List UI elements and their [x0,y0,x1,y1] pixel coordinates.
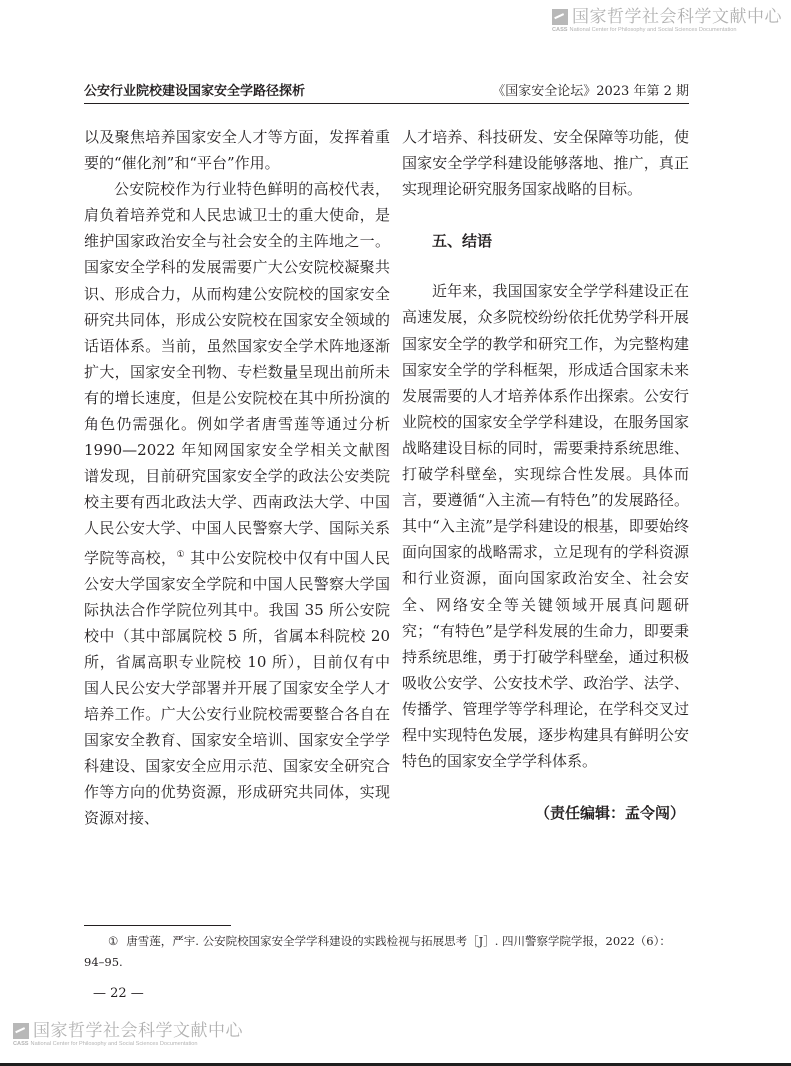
footnote-number: ① [108,934,118,948]
editor-credit: （责任编辑：孟令闯） [402,800,689,826]
cass-logo-icon [552,9,568,25]
paragraph: 以及聚焦培养国家安全人才等方面，发挥着重要的“催化剂”和“平台”作用。 [84,124,390,176]
right-column: 人才培养、科技研发、安全保障等功能，使国家安全学学科建设能够落地、推广，真正实现… [402,124,689,826]
journal-issue: 《国家安全论坛》2023 年第 2 期 [492,80,689,99]
watermark-en-text: CASSNational Center for Philosophy and S… [552,26,782,34]
running-head: 公安行业院校建设国家安全学路径探析 《国家安全论坛》2023 年第 2 期 [84,79,689,104]
paragraph: 人才培养、科技研发、安全保障等功能，使国家安全学学科建设能够落地、推广，真正实现… [402,124,689,202]
watermark-bottom: 国家哲学社会科学文献中心 CASSNational Center for Phi… [13,1022,243,1048]
page-number: — 22 — [93,986,144,1001]
watermark-top: 国家哲学社会科学文献中心 CASSNational Center for Phi… [552,8,782,34]
watermark-en-text: CASSNational Center for Philosophy and S… [13,1040,243,1048]
paragraph: 近年来，我国国家安全学学科建设正在高速发展，众多院校纷纷依托优势学科开展国家安全… [402,278,689,774]
paragraph: 公安院校作为行业特色鲜明的高校代表，肩负着培养党和人民忠诚卫士的重大使命，是维护… [84,176,390,831]
section-heading: 五、结语 [402,228,689,254]
footnote: ①唐雪莲，严宇. 公安院校国家安全学学科建设的实践检视与拓展思考［J］. 四川警… [84,931,689,973]
left-column: 以及聚焦培养国家安全人才等方面，发挥着重要的“催化剂”和“平台”作用。 公安院校… [84,124,390,832]
footnote-divider [84,925,231,926]
footnote-ref[interactable]: ① [176,550,184,560]
article-title: 公安行业院校建设国家安全学路径探析 [84,80,305,99]
watermark-cn-text: 国家哲学社会科学文献中心 [572,8,782,26]
cass-logo-icon [13,1023,29,1039]
footnote-text: 唐雪莲，严宇. 公安院校国家安全学学科建设的实践检视与拓展思考［J］. 四川警察… [84,934,671,969]
watermark-cn-text: 国家哲学社会科学文献中心 [33,1022,243,1040]
